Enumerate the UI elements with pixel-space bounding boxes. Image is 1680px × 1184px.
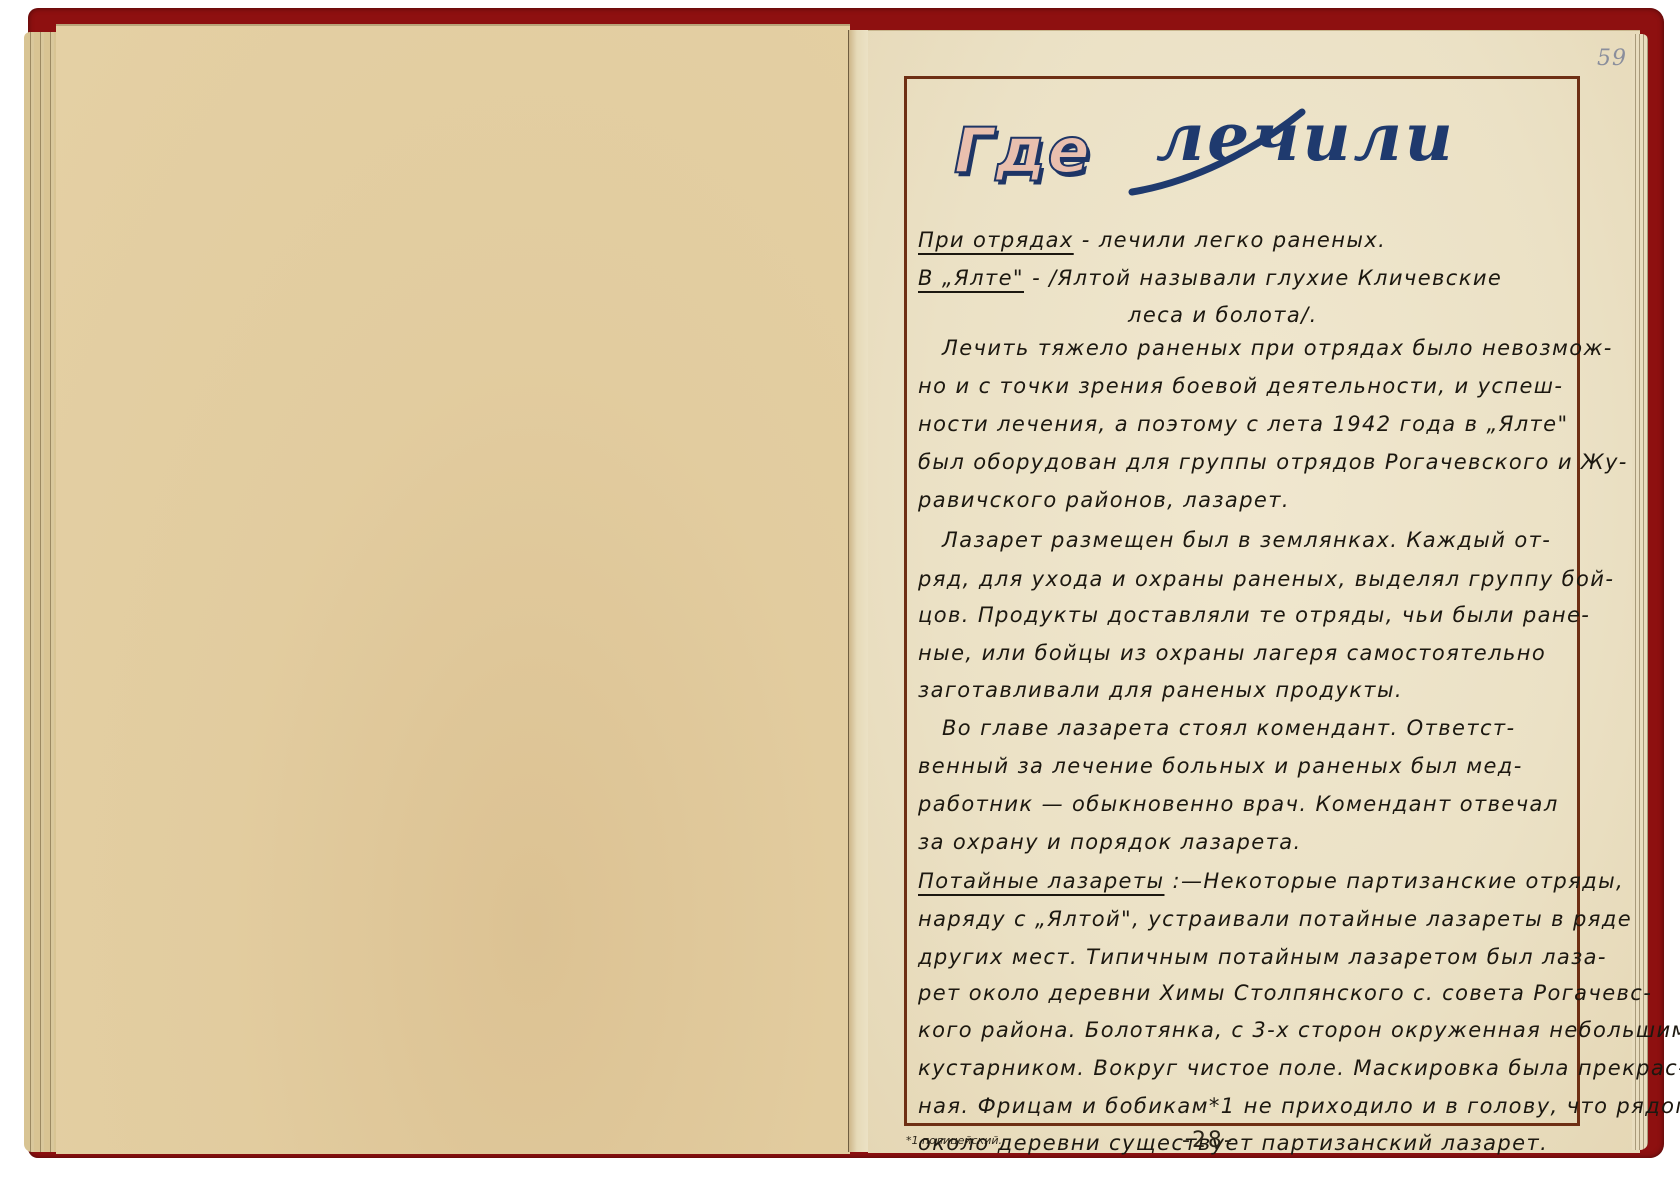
- underlined-heading: Потайные лазареты: [918, 869, 1164, 893]
- text-line: заготавливали для раненых продукты.: [918, 678, 1403, 702]
- spine-gutter: [848, 30, 869, 1152]
- footnote: *1 полицейский.: [906, 1134, 1002, 1147]
- left-page-blank: [56, 24, 850, 1154]
- underlined-heading: В „Ялте": [918, 266, 1024, 290]
- text-segment: за охрану и порядок лазарета.: [918, 830, 1302, 854]
- text-line: венный за лечение больных и раненых был …: [918, 754, 1523, 778]
- text-line: ная. Фрицам и бобикам*1 не приходило и в…: [918, 1094, 1680, 1118]
- text-segment: но и с точки зрения боевой деятельности,…: [918, 374, 1563, 398]
- text-line: В „Ялте" - /Ялтой называли глухие Кличев…: [918, 266, 1502, 290]
- underlined-heading: При отрядах: [918, 228, 1074, 252]
- text-segment: Лечить тяжело раненых при отрядах было н…: [942, 336, 1613, 360]
- archive-page-number: 59: [1597, 46, 1627, 71]
- text-segment: равичского районов, лазарет.: [918, 488, 1290, 512]
- text-segment: ные, или бойцы из охраны лагеря самостоя…: [918, 641, 1546, 665]
- text-line: равичского районов, лазарет.: [918, 488, 1290, 512]
- text-segment: - /Ялтой называли глухие Кличевские: [1024, 266, 1502, 290]
- text-line: за охрану и порядок лазарета.: [918, 830, 1302, 854]
- text-line: других мест. Типичным потайным лазаретом…: [918, 945, 1607, 969]
- title-word-1: Где: [954, 114, 1092, 187]
- text-line: Потайные лазареты :—Некоторые партизанск…: [918, 869, 1624, 893]
- text-segment: кустарником. Вокруг чистое поле. Маскиро…: [918, 1056, 1680, 1080]
- text-segment: Во главе лазарета стоял комендант. Ответ…: [942, 716, 1516, 740]
- text-segment: других мест. Типичным потайным лазаретом…: [918, 945, 1607, 969]
- text-segment: - лечили легко раненых.: [1074, 228, 1387, 252]
- text-line: кустарником. Вокруг чистое поле. Маскиро…: [918, 1056, 1680, 1080]
- text-segment: ная. Фрицам и бобикам*1 не приходило и в…: [918, 1094, 1680, 1118]
- text-segment: заготавливали для раненых продукты.: [918, 678, 1403, 702]
- text-segment: рет около деревни Химы Столпянского с. с…: [918, 981, 1652, 1005]
- page-number: -28-: [1182, 1128, 1234, 1153]
- text-line: Во главе лазарета стоял комендант. Ответ…: [942, 716, 1516, 740]
- text-segment: ряд, для ухода и охраны раненых, выделял…: [918, 567, 1614, 591]
- text-segment: :—Некоторые партизанские отряды,: [1164, 869, 1624, 893]
- text-segment: был оборудован для группы отрядов Рогаче…: [918, 450, 1628, 474]
- left-page-edges: [24, 32, 58, 1152]
- text-line: ности лечения, а поэтому с лета 1942 год…: [918, 412, 1569, 436]
- text-line: но и с точки зрения боевой деятельности,…: [918, 374, 1563, 398]
- title-word-2: лечили: [1156, 98, 1456, 176]
- text-segment: цов. Продукты доставляли те отряды, чьи …: [918, 603, 1590, 627]
- text-line: ряд, для ухода и охраны раненых, выделял…: [918, 567, 1614, 591]
- text-segment: работник — обыкновенно врач. Комендант о…: [918, 792, 1559, 816]
- text-line: ные, или бойцы из охраны лагеря самостоя…: [918, 641, 1546, 665]
- text-segment: наряду с „Ялтой", устраивали потайные ла…: [918, 907, 1632, 931]
- text-segment: кого района. Болотянка, с 3-х сторон окр…: [918, 1018, 1680, 1042]
- text-line: леса и болота/.: [1128, 303, 1318, 327]
- text-line: Лазарет размещен был в землянках. Каждый…: [942, 528, 1551, 552]
- text-line: При отрядах - лечили легко раненых.: [918, 228, 1386, 252]
- text-segment: венный за лечение больных и раненых был …: [918, 754, 1523, 778]
- text-line: был оборудован для группы отрядов Рогаче…: [918, 450, 1628, 474]
- text-segment: ности лечения, а поэтому с лета 1942 год…: [918, 412, 1569, 436]
- text-line: работник — обыкновенно врач. Комендант о…: [918, 792, 1559, 816]
- text-line: наряду с „Ялтой", устраивали потайные ла…: [918, 907, 1632, 931]
- text-segment: Лазарет размещен был в землянках. Каждый…: [942, 528, 1551, 552]
- page-title: Где лечили: [954, 92, 1514, 202]
- text-segment: леса и болота/.: [1128, 303, 1318, 327]
- text-line: рет около деревни Химы Столпянского с. с…: [918, 981, 1652, 1005]
- text-line: кого района. Болотянка, с 3-х сторон окр…: [918, 1018, 1680, 1042]
- text-line: цов. Продукты доставляли те отряды, чьи …: [918, 603, 1590, 627]
- text-line: Лечить тяжело раненых при отрядах было н…: [942, 336, 1613, 360]
